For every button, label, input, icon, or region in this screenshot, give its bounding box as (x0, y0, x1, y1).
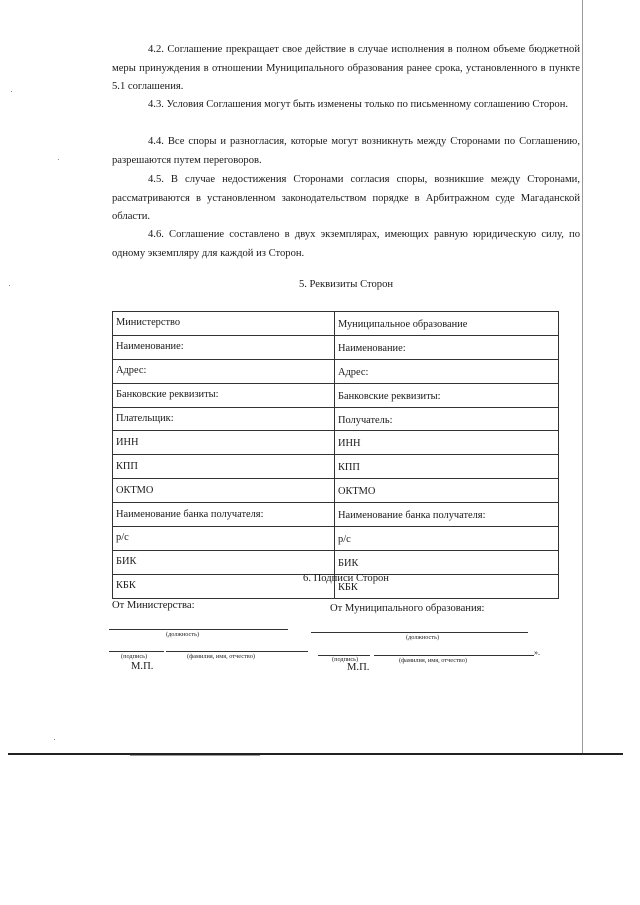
page-edge-bottom-shadow (130, 755, 260, 756)
ministry-cell: р/с (113, 527, 335, 551)
paragraph-4-3: 4.3. Условия Соглашения могут быть измен… (112, 96, 580, 115)
paragraph-text: 4.4. Все споры и разногласия, которые мо… (112, 136, 580, 166)
ministry-cell: Наименование: (113, 335, 335, 359)
ministry-cell: Плательщик: (113, 407, 335, 431)
scan-speck (54, 739, 55, 740)
municipality-cell: КПП (335, 455, 559, 479)
ministry-cell: ИНН (113, 431, 335, 455)
municipality-cell: р/с (335, 527, 559, 551)
requisites-row: ОКТМООКТМО (113, 479, 559, 503)
ministry-cell: Банковские реквизиты: (113, 383, 335, 407)
requisites-row: Наименование:Наименование: (113, 335, 559, 359)
paragraph-text: 4.2. Соглашение прекращает свое действие… (112, 44, 580, 92)
ministry-cell: Адрес: (113, 359, 335, 383)
page-edge-bottom (8, 753, 623, 755)
name-caption-left: (фамилия, имя, отчество) (187, 653, 255, 660)
municipality-cell: Банковские реквизиты: (335, 383, 559, 407)
position-caption-right: (должность) (406, 634, 439, 641)
seal-left: М.П. (131, 661, 153, 672)
requisites-row: Банковские реквизиты:Банковские реквизит… (113, 383, 559, 407)
ministry-cell: Министерство (113, 312, 335, 336)
municipality-cell: Наименование: (335, 335, 559, 359)
requisites-row: МинистерствоМуниципальное образование (113, 312, 559, 336)
ministry-cell: ОКТМО (113, 479, 335, 503)
position-caption-left: (должность) (166, 631, 199, 638)
municipality-cell: БИК (335, 550, 559, 574)
municipality-cell: Наименование банка получателя: (335, 503, 559, 527)
name-line-left (166, 651, 308, 652)
requisites-row: Плательщик:Получатель: (113, 407, 559, 431)
municipality-cell: Получатель: (335, 407, 559, 431)
municipality-cell: ОКТМО (335, 479, 559, 503)
position-line-left (109, 629, 288, 630)
paragraph-4-6: 4.6. Соглашение составлено в двух экземп… (112, 226, 580, 263)
signature-line-left (109, 651, 164, 652)
ministry-cell: БИК (113, 550, 335, 574)
signature-caption-left: (подпись) (121, 653, 147, 660)
scan-speck (58, 159, 59, 160)
paragraph-4-5: 4.5. В случае недостижения Сторонами сог… (112, 171, 580, 227)
closing-quote: ». (534, 648, 540, 657)
paragraph-4-2: 4.2. Соглашение прекращает свое действие… (112, 41, 580, 97)
requisites-row: КППКПП (113, 455, 559, 479)
scan-speck (11, 91, 12, 92)
requisites-row: ИННИНН (113, 431, 559, 455)
position-line-right (311, 632, 528, 633)
requisites-row: Наименование банка получателя:Наименован… (113, 503, 559, 527)
scan-speck (9, 285, 10, 286)
paragraph-4-4: 4.4. Все споры и разногласия, которые мо… (112, 133, 580, 170)
signature-right-heading: От Муниципального образования: (330, 603, 484, 614)
paragraph-text: 4.5. В случае недостижения Сторонами сог… (112, 174, 580, 222)
paragraph-text: 4.3. Условия Соглашения могут быть измен… (148, 99, 568, 110)
section-6-title: 6. Подписи Сторон (112, 573, 580, 584)
paragraph-text: 4.6. Соглашение составлено в двух экземп… (112, 229, 580, 259)
page-edge-right (582, 0, 583, 755)
ministry-cell: Наименование банка получателя: (113, 503, 335, 527)
name-caption-right: (фамилия, имя, отчество) (399, 657, 467, 664)
requisites-row: БИКБИК (113, 550, 559, 574)
section-5-title: 5. Реквизиты Сторон (112, 279, 580, 290)
seal-right: М.П. (347, 662, 369, 673)
municipality-cell: Адрес: (335, 359, 559, 383)
municipality-cell: Муниципальное образование (335, 312, 559, 336)
ministry-cell: КПП (113, 455, 335, 479)
requisites-row: Адрес:Адрес: (113, 359, 559, 383)
signature-left-heading: От Министерства: (112, 600, 195, 611)
requisites-row: р/ср/с (113, 527, 559, 551)
requisites-table: МинистерствоМуниципальное образованиеНаи… (112, 311, 559, 599)
name-line-right (374, 655, 534, 656)
municipality-cell: ИНН (335, 431, 559, 455)
